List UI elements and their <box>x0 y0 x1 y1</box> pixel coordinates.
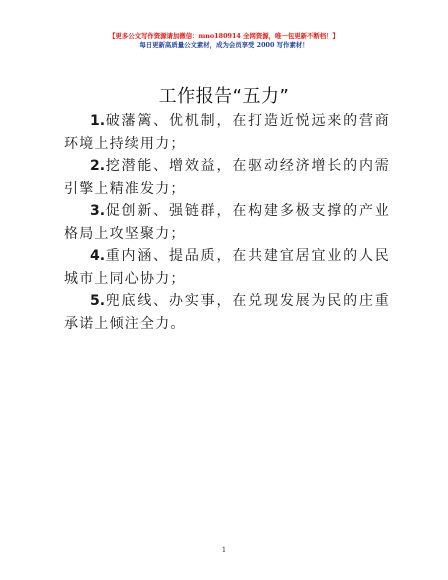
item-number: 1. <box>90 113 105 129</box>
promo-wechat-text: 【更多公文写作资源请加微信：mno180914 <box>109 32 243 40</box>
item-number: 4. <box>90 248 105 264</box>
item-number: 5. <box>90 293 105 309</box>
item-text: 兜底线、办实事，在兑现发展为民的庄重承诺上倾注全力。 <box>64 293 390 332</box>
page-number: 1 <box>0 546 448 554</box>
list-item: 4.重内涵、提品质，在共建宜居宜业的人民城市上同心协力； <box>64 245 390 290</box>
promo-banner-line2: 每日更新高质量公文素材，成为会员享受 2000 写作素材！ <box>0 41 448 50</box>
promo-banner-line1: 【更多公文写作资源请加微信：mno180914 全网资源，唯一包更新不断档！】 <box>0 32 448 41</box>
item-text: 促创新、强链群，在构建多极支撑的产业格局上攻坚聚力； <box>64 203 390 242</box>
document-body: 1.破藩篱、优机制，在打造近悦远来的营商环境上持续用力； 2.挖潜能、增效益，在… <box>64 110 390 335</box>
promo-update-text: 全网资源，唯一包更新不断档！】 <box>243 32 339 40</box>
list-item: 2.挖潜能、增效益，在驱动经济增长的内需引擎上精准发力； <box>64 155 390 200</box>
promo-suffix: 写作素材！ <box>274 41 308 49</box>
document-page: 【更多公文写作资源请加微信：mno180914 全网资源，唯一包更新不断档！】 … <box>0 0 448 580</box>
item-number: 3. <box>90 203 105 219</box>
list-item: 3.促创新、强链群，在构建多极支撑的产业格局上攻坚聚力； <box>64 200 390 245</box>
promo-member-text: 每日更新高质量公文素材，成为会员享受 <box>139 41 256 49</box>
list-item: 5.兜底线、办实事，在兑现发展为民的庄重承诺上倾注全力。 <box>64 290 390 335</box>
item-text: 挖潜能、增效益，在驱动经济增长的内需引擎上精准发力； <box>64 158 390 197</box>
item-number: 2. <box>90 158 105 174</box>
item-text: 重内涵、提品质，在共建宜居宜业的人民城市上同心协力； <box>64 248 390 287</box>
list-item: 1.破藩篱、优机制，在打造近悦远来的营商环境上持续用力； <box>64 110 390 155</box>
promo-count: 2000 <box>257 41 275 49</box>
item-text: 破藩篱、优机制，在打造近悦远来的营商环境上持续用力； <box>64 113 390 152</box>
document-title: 工作报告“五力” <box>0 85 448 109</box>
